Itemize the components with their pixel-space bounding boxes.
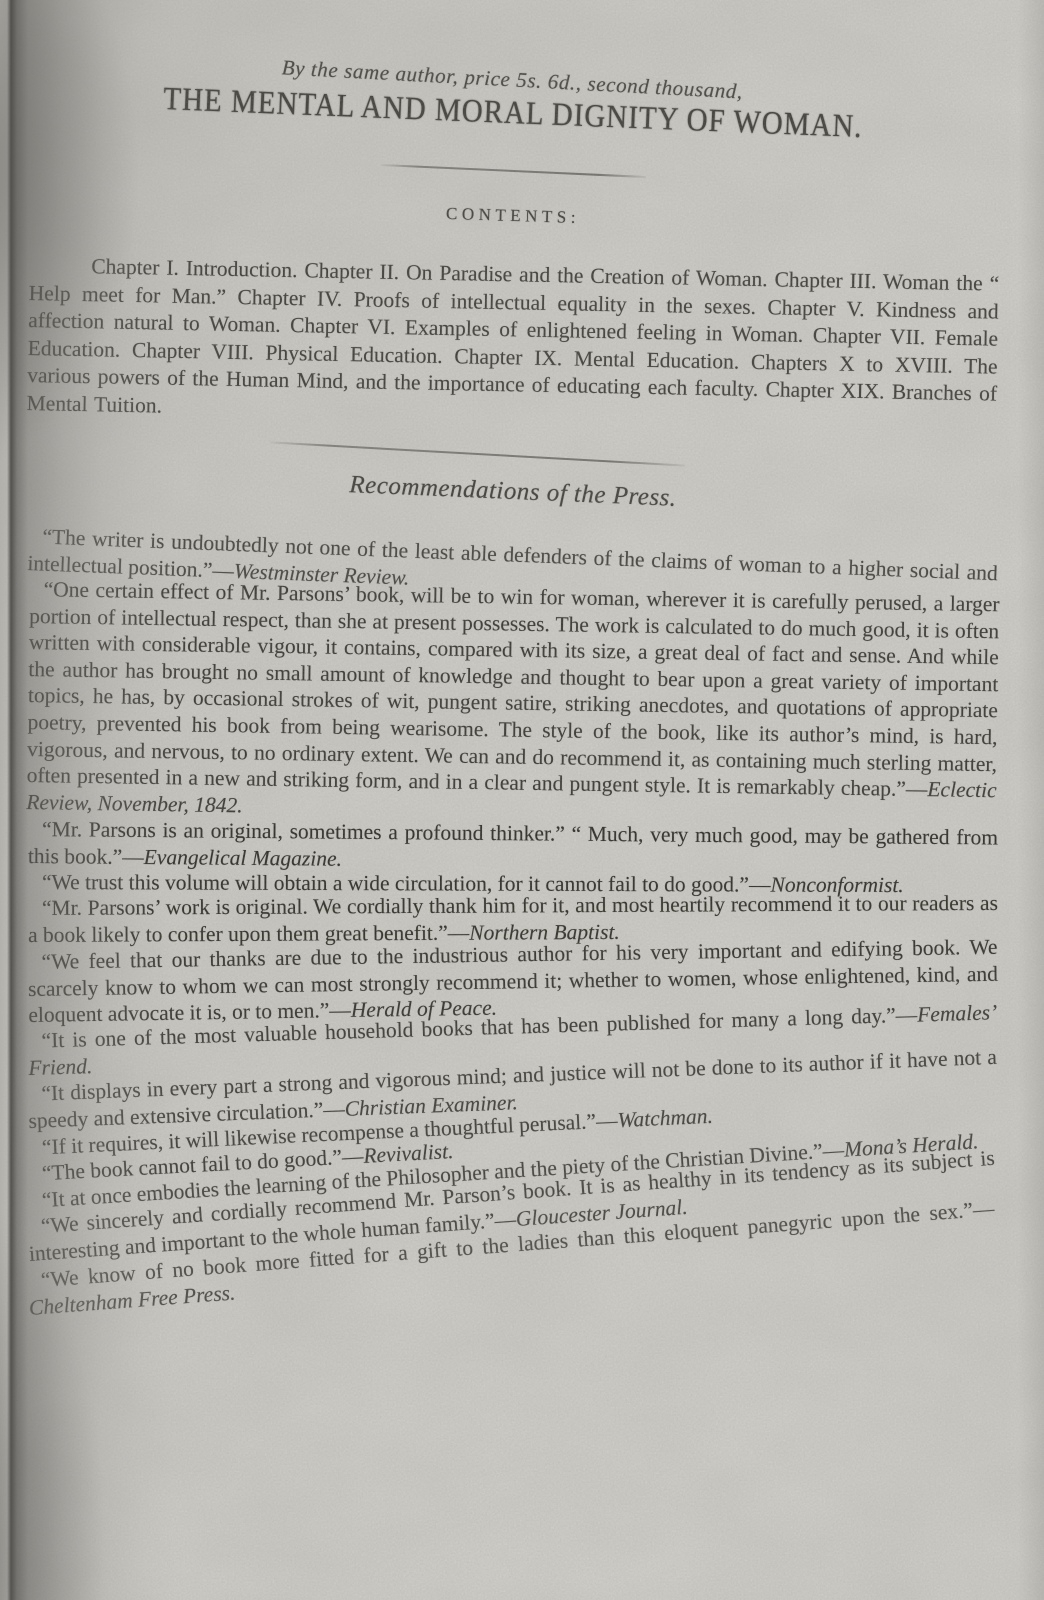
divider-rule [381,164,646,178]
press-quotes: “The writer is undoubtedly not one of th… [28,523,998,1321]
press-heading: Recommendations of the Press. [28,457,998,528]
page-content: By the same author, price 5s. 6d., secon… [0,0,1044,1321]
quote-text: “The writer is undoubtedly not one of th… [27,525,998,586]
paper-fade-overlay [324,1290,1044,1600]
press-quote: “Mr. Parsons is an original, sometimes a… [28,816,998,878]
quote-source: Evangelical Magazine. [144,844,342,870]
divider-rule [270,441,684,466]
quote-text: “One certain effect of Mr. Parsons’ book… [27,577,1000,801]
contents-heading: CONTENTS: [28,191,998,241]
press-quote: “One certain effect of Mr. Parsons’ book… [26,576,1000,831]
scanned-book-page: By the same author, price 5s. 6d., secon… [0,0,1044,1600]
contents-text: Chapter I. Introduction. Chapter II. On … [26,252,999,436]
